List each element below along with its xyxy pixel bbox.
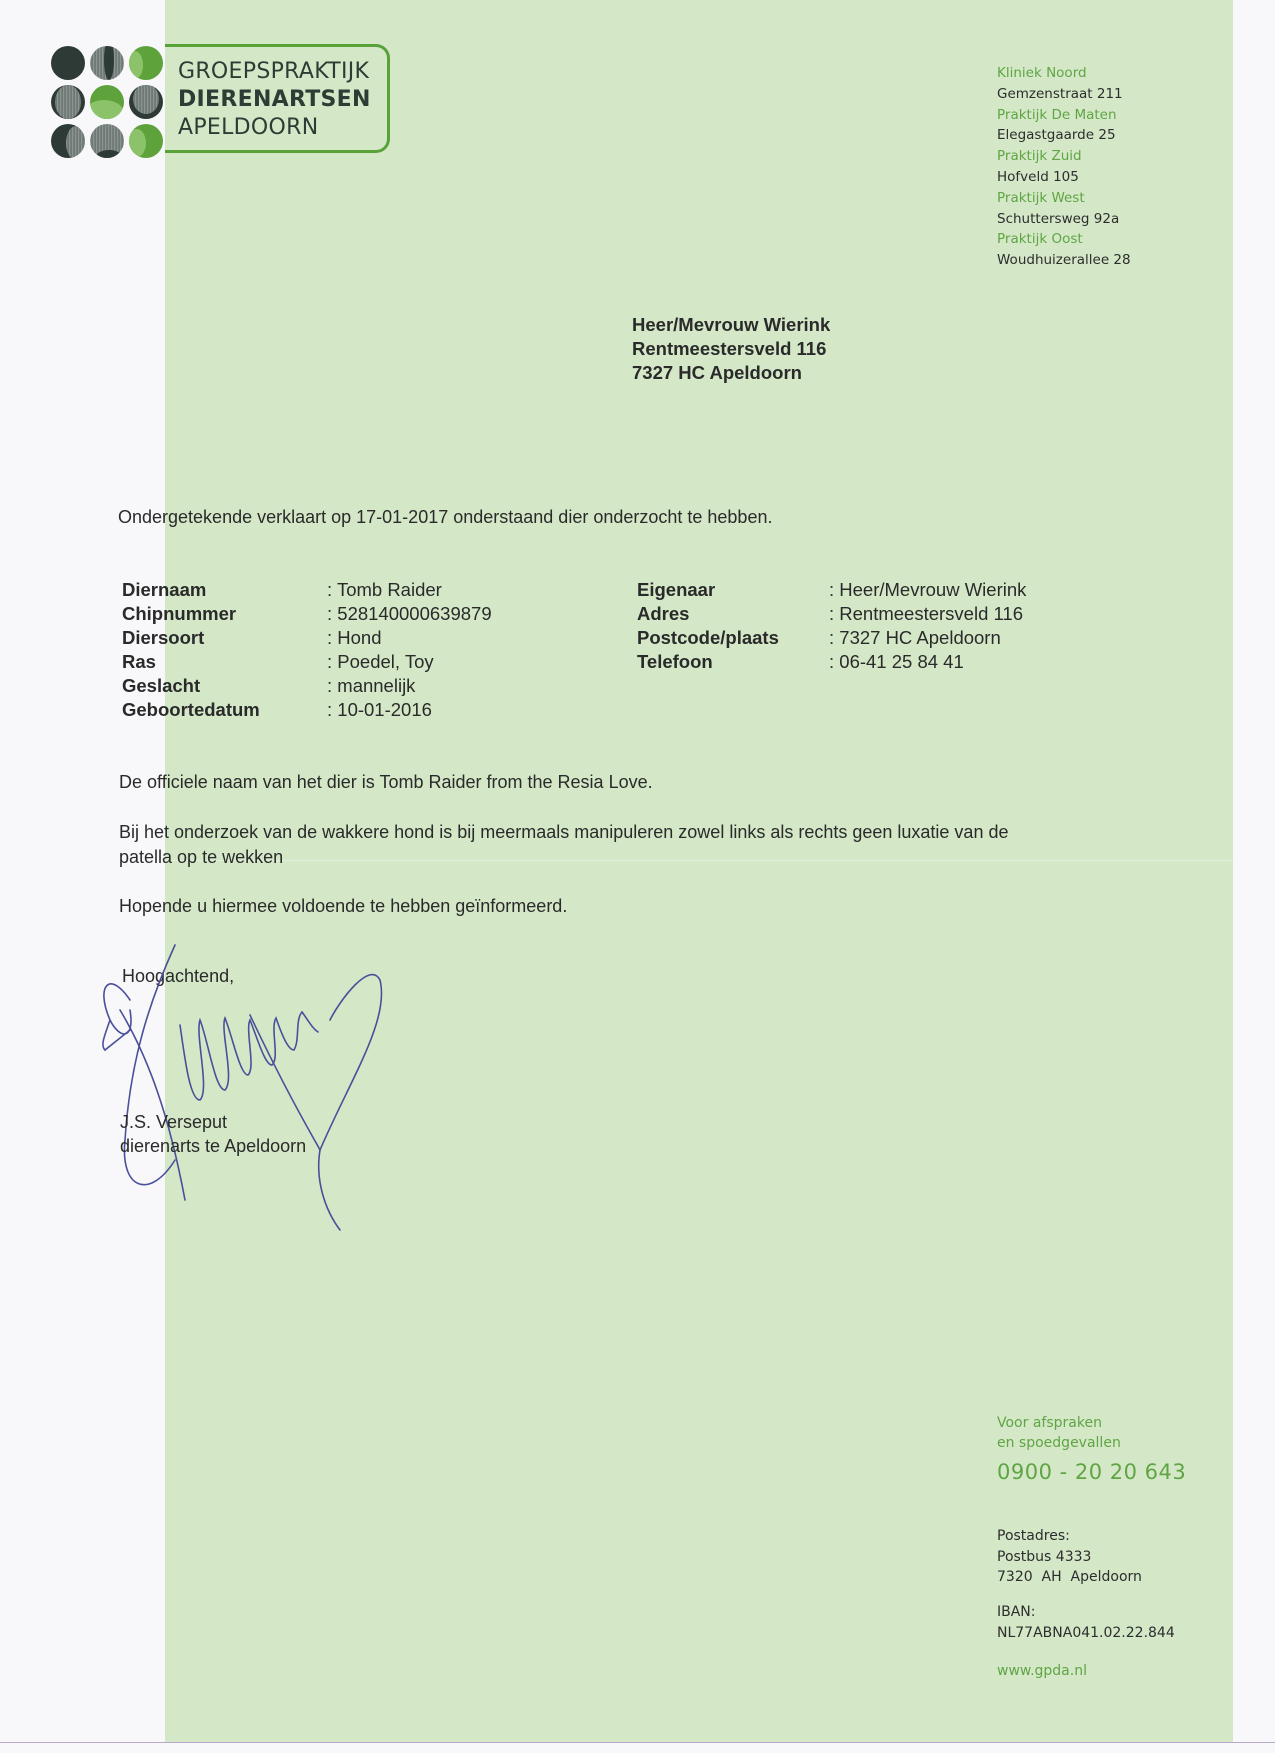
location-address: Gemzenstraat 211: [997, 84, 1131, 105]
logo-line-2: DIERENARTSEN: [178, 86, 371, 114]
field-label: Geboortedatum: [122, 698, 327, 722]
field-value: : Tomb Raider: [327, 578, 442, 602]
field-label: Chipnummer: [122, 602, 327, 626]
location-name: Praktijk Oost: [997, 229, 1131, 250]
field-row: Geboortedatum: 10-01-2016: [122, 698, 492, 722]
iban-number: NL77ABNA041.02.22.844: [997, 1623, 1175, 1644]
recipient-street: Rentmeestersveld 116: [632, 337, 830, 361]
field-row: Eigenaar: Heer/Mevrouw Wierink: [637, 578, 1026, 602]
findings-paragraph: Bij het onderzoek van de wakkere hond is…: [119, 820, 1159, 870]
field-label: Geslacht: [122, 674, 327, 698]
signer-name: J.S. Verseput: [120, 1110, 306, 1134]
field-row: Diernaam: Tomb Raider: [122, 578, 492, 602]
field-value: : 7327 HC Apeldoorn: [829, 626, 1001, 650]
field-row: Ras: Poedel, Toy: [122, 650, 492, 674]
appointments-line-2: en spoedgevallen: [997, 1434, 1121, 1454]
location-address: Elegastgaarde 25: [997, 125, 1131, 146]
field-label: Ras: [122, 650, 327, 674]
postal-city: 7320 AH Apeldoorn: [997, 1567, 1142, 1588]
postal-box: Postbus 4333: [997, 1547, 1142, 1568]
closing-hope-paragraph: Hopende u hiermee voldoende te hebben ge…: [119, 894, 1159, 919]
field-label: Telefoon: [637, 650, 829, 674]
location-name: Kliniek Noord: [997, 63, 1131, 84]
appointments-line-1: Voor afspraken: [997, 1414, 1121, 1434]
postal-address: Postadres: Postbus 4333 7320 AH Apeldoor…: [997, 1526, 1142, 1588]
field-value: : mannelijk: [327, 674, 415, 698]
field-value: : Hond: [327, 626, 382, 650]
field-row: Chipnummer: 528140000639879: [122, 602, 492, 626]
location-address: Hofveld 105: [997, 167, 1131, 188]
findings-line-1: Bij het onderzoek van de wakkere hond is…: [119, 820, 1159, 845]
official-name-paragraph: De officiele naam van het dier is Tomb R…: [119, 770, 1159, 795]
signer-block: J.S. Verseput dierenarts te Apeldoorn: [120, 1110, 306, 1158]
page-bottom-edge: [0, 1742, 1275, 1743]
field-value: : 10-01-2016: [327, 698, 432, 722]
iban-block: IBAN: NL77ABNA041.02.22.844: [997, 1602, 1175, 1643]
field-row: Postcode/plaats: 7327 HC Apeldoorn: [637, 626, 1026, 650]
practice-locations: Kliniek Noord Gemzenstraat 211 Praktijk …: [997, 63, 1131, 271]
signer-title: dierenarts te Apeldoorn: [120, 1134, 306, 1158]
field-row: Diersoort: Hond: [122, 626, 492, 650]
recipient-city: 7327 HC Apeldoorn: [632, 361, 830, 385]
field-label: Postcode/plaats: [637, 626, 829, 650]
owner-details: Eigenaar: Heer/Mevrouw Wierink Adres: Re…: [637, 578, 1026, 674]
field-label: Diersoort: [122, 626, 327, 650]
field-row: Geslacht: mannelijk: [122, 674, 492, 698]
field-label: Diernaam: [122, 578, 327, 602]
animal-details: Diernaam: Tomb Raider Chipnummer: 528140…: [122, 578, 492, 722]
field-value: : Poedel, Toy: [327, 650, 434, 674]
postal-label: Postadres:: [997, 1526, 1142, 1547]
field-row: Adres: Rentmeestersveld 116: [637, 602, 1026, 626]
recipient-name: Heer/Mevrouw Wierink: [632, 313, 830, 337]
field-label: Eigenaar: [637, 578, 829, 602]
logo-line-3: APELDOORN: [178, 114, 371, 142]
findings-line-2: patella op te wekken: [119, 845, 1159, 870]
handwritten-signature: [90, 940, 430, 1240]
location-name: Praktijk Zuid: [997, 146, 1131, 167]
nine-dot-grid-icon: [51, 46, 163, 158]
field-value: : 06-41 25 84 41: [829, 650, 964, 674]
website-link[interactable]: www.gpda.nl: [997, 1663, 1087, 1679]
phone-number: 0900 - 20 20 643: [997, 1460, 1186, 1484]
field-value: : Heer/Mevrouw Wierink: [829, 578, 1026, 602]
appointments-note: Voor afspraken en spoedgevallen: [997, 1414, 1121, 1453]
practice-logo: GROEPSPRAKTIJK DIERENARTSEN APELDOORN: [178, 58, 371, 142]
location-name: Praktijk West: [997, 188, 1131, 209]
iban-label: IBAN:: [997, 1602, 1175, 1623]
logo-line-1: GROEPSPRAKTIJK: [178, 58, 371, 86]
field-value: : Rentmeestersveld 116: [829, 602, 1023, 626]
location-address: Woudhuizerallee 28: [997, 250, 1131, 271]
location-name: Praktijk De Maten: [997, 105, 1131, 126]
location-address: Schuttersweg 92a: [997, 209, 1131, 230]
intro-statement: Ondergetekende verklaart op 17-01-2017 o…: [118, 507, 772, 528]
field-label: Adres: [637, 602, 829, 626]
field-value: : 528140000639879: [327, 602, 492, 626]
recipient-address: Heer/Mevrouw Wierink Rentmeestersveld 11…: [632, 313, 830, 385]
field-row: Telefoon: 06-41 25 84 41: [637, 650, 1026, 674]
